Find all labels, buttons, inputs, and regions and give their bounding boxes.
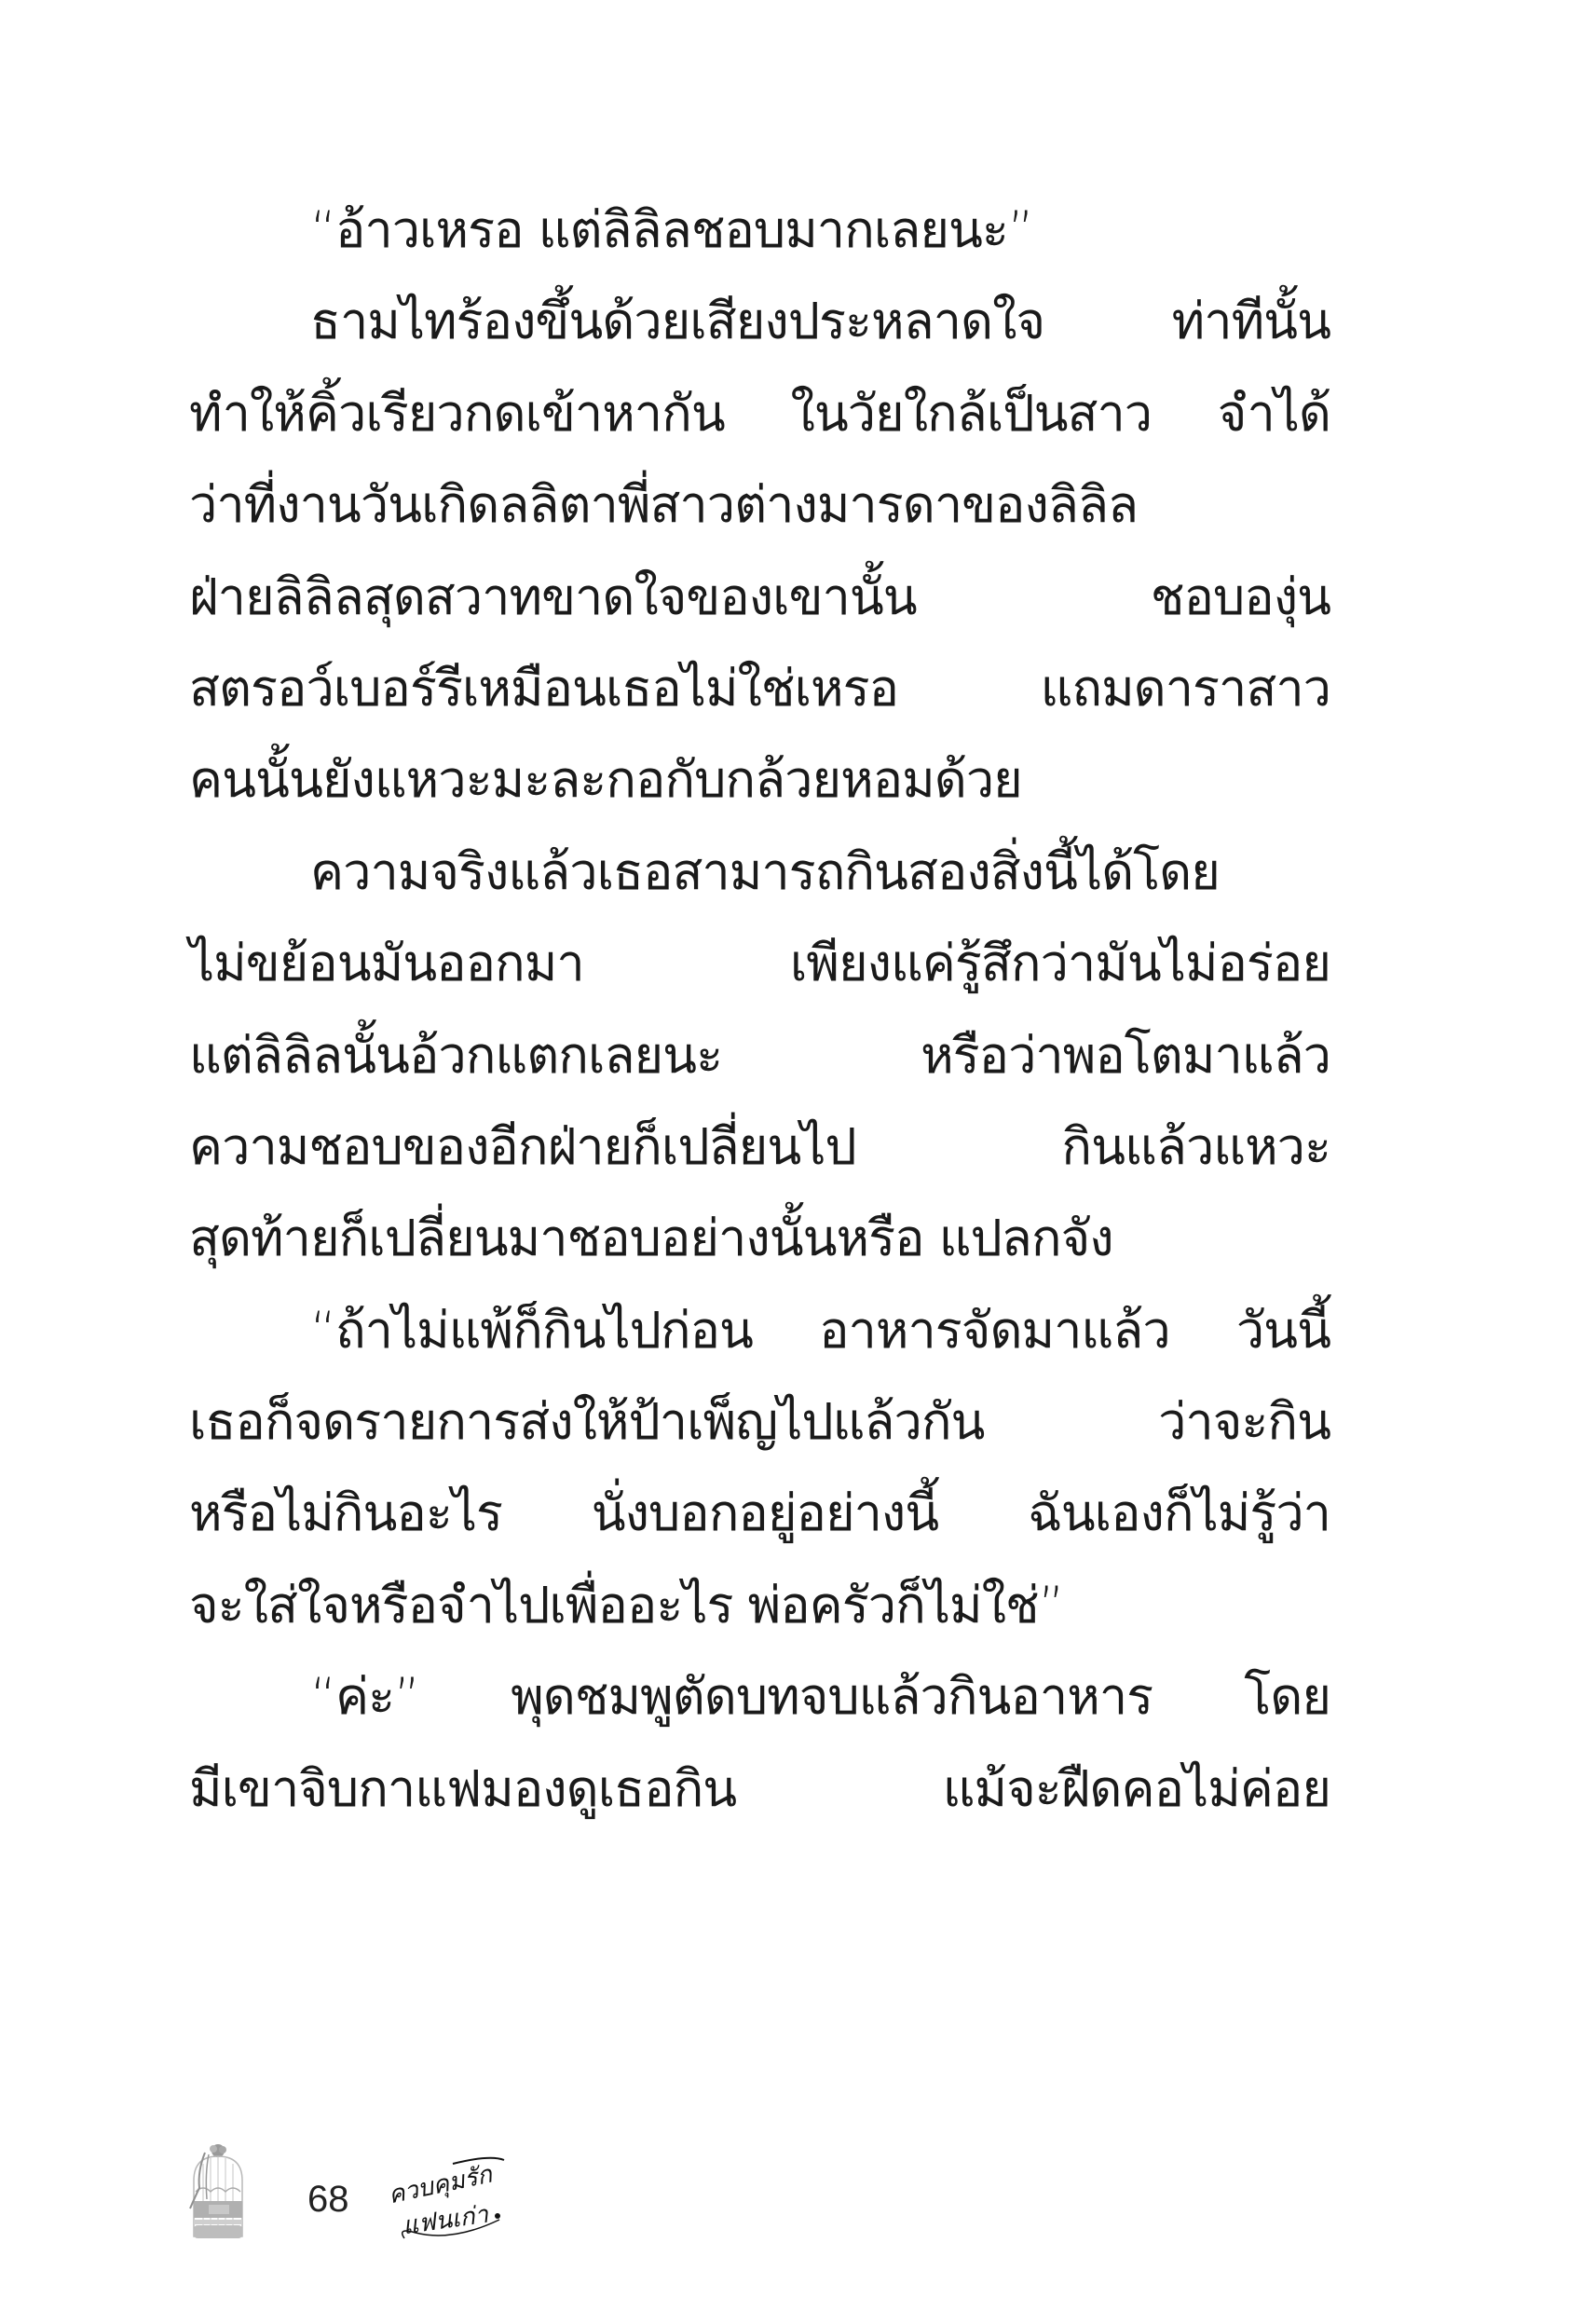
page-footer: 68 ควบคุมรัก แฟนเก่า: [184, 2134, 520, 2255]
text-line: ทำให้คิ้วเรียวกดเข้าหากัน ในวัยใกล้เป็นส…: [189, 368, 1330, 459]
text-line: “ถ้าไม่แพ้ก็กินไปก่อน อาหารจัดมาแล้ว วัน…: [189, 1285, 1330, 1376]
text-line: ฝ่ายลิลิลสุดสวาทขาดใจของเขานั้น ชอบองุ่น: [189, 552, 1330, 643]
text-line: ความจริงแล้วเธอสามารถกินสองสิ่งนี้ได้โดย: [189, 827, 1330, 918]
logo-swash-icon: [388, 2153, 518, 2246]
book-title-logo: ควบคุมรัก แฟนเก่า: [388, 2153, 518, 2246]
birdcage-icon: [184, 2143, 252, 2246]
text-line: ธามไทร้องขึ้นด้วยเสียงประหลาดใจ ท่าทีนั้…: [189, 276, 1330, 367]
page-number: 68: [307, 2179, 349, 2221]
text-line: เธอก็จดรายการส่งให้ป้าเพ็ญไปแล้วกัน ว่าจ…: [189, 1376, 1330, 1468]
text-line: แต่ลิลิลนั้นอ้วกแตกเลยนะ หรือว่าพอโตมาแล…: [189, 1010, 1330, 1101]
text-line: “อ้าวเหรอ แต่ลิลิลชอบมากเลยนะ”: [189, 185, 1330, 276]
text-line: จะใส่ใจหรือจำไปเพื่ออะไร พ่อครัวก็ไม่ใช่…: [189, 1560, 1330, 1651]
text-line: มีเขาจิบกาแฟมองดูเธอกิน แม้จะฝืดคอไม่ค่อ…: [189, 1744, 1330, 1835]
text-line: สุดท้ายก็เปลี่ยนมาชอบอย่างนั้นหรือ แปลกจ…: [189, 1193, 1330, 1284]
text-line: ไม่ขย้อนมันออกมา เพียงแค่รู้สึกว่ามันไม่…: [189, 918, 1330, 1009]
text-line: ว่าที่งานวันเกิดลลิตาพี่สาวต่างมารดาของล…: [189, 459, 1330, 551]
text-line: คนนั้นยังแหวะมะละกอกับกล้วยหอมด้วย: [189, 734, 1330, 826]
text-line: สตรอว์เบอร์รีเหมือนเธอไม่ใช่เหรอ แถมดารา…: [189, 643, 1330, 734]
text-line: ความชอบของอีกฝ่ายก็เปลี่ยนไป กินแล้วแหวะ: [189, 1101, 1330, 1193]
text-line: หรือไม่กินอะไร นั่งบอกอยู่อย่างนี้ ฉันเอ…: [189, 1468, 1330, 1559]
page-body: “อ้าวเหรอ แต่ลิลิลชอบมากเลยนะ”ธามไทร้องข…: [189, 185, 1330, 1835]
text-line: “ค่ะ” พุดชมพูตัดบทจบแล้วกินอาหาร โดย: [189, 1651, 1330, 1743]
